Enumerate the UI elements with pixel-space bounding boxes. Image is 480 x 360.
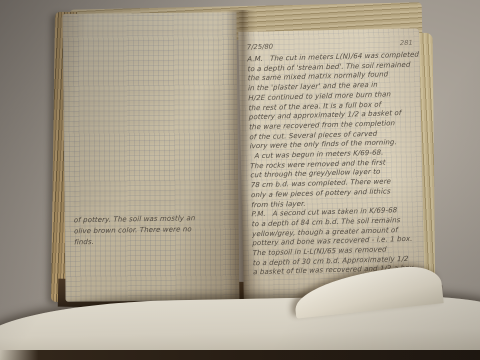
left-page <box>62 12 239 302</box>
left-page-text: of pottery. The soil was mostly anolive … <box>74 213 227 249</box>
right-page-text: 7/25/80 281 A.M. The cut in meters L(N)/… <box>247 39 420 279</box>
bleed-through <box>71 22 223 204</box>
page-number: 281 <box>400 39 413 48</box>
photo-background: of pottery. The soil was mostly anolive … <box>0 0 480 360</box>
date-label: 7/25/80 <box>247 43 273 53</box>
cover-edge-bottom <box>0 350 480 360</box>
right-page-lines: A.M. The cut in meters L(N)/64 was compl… <box>247 51 419 279</box>
